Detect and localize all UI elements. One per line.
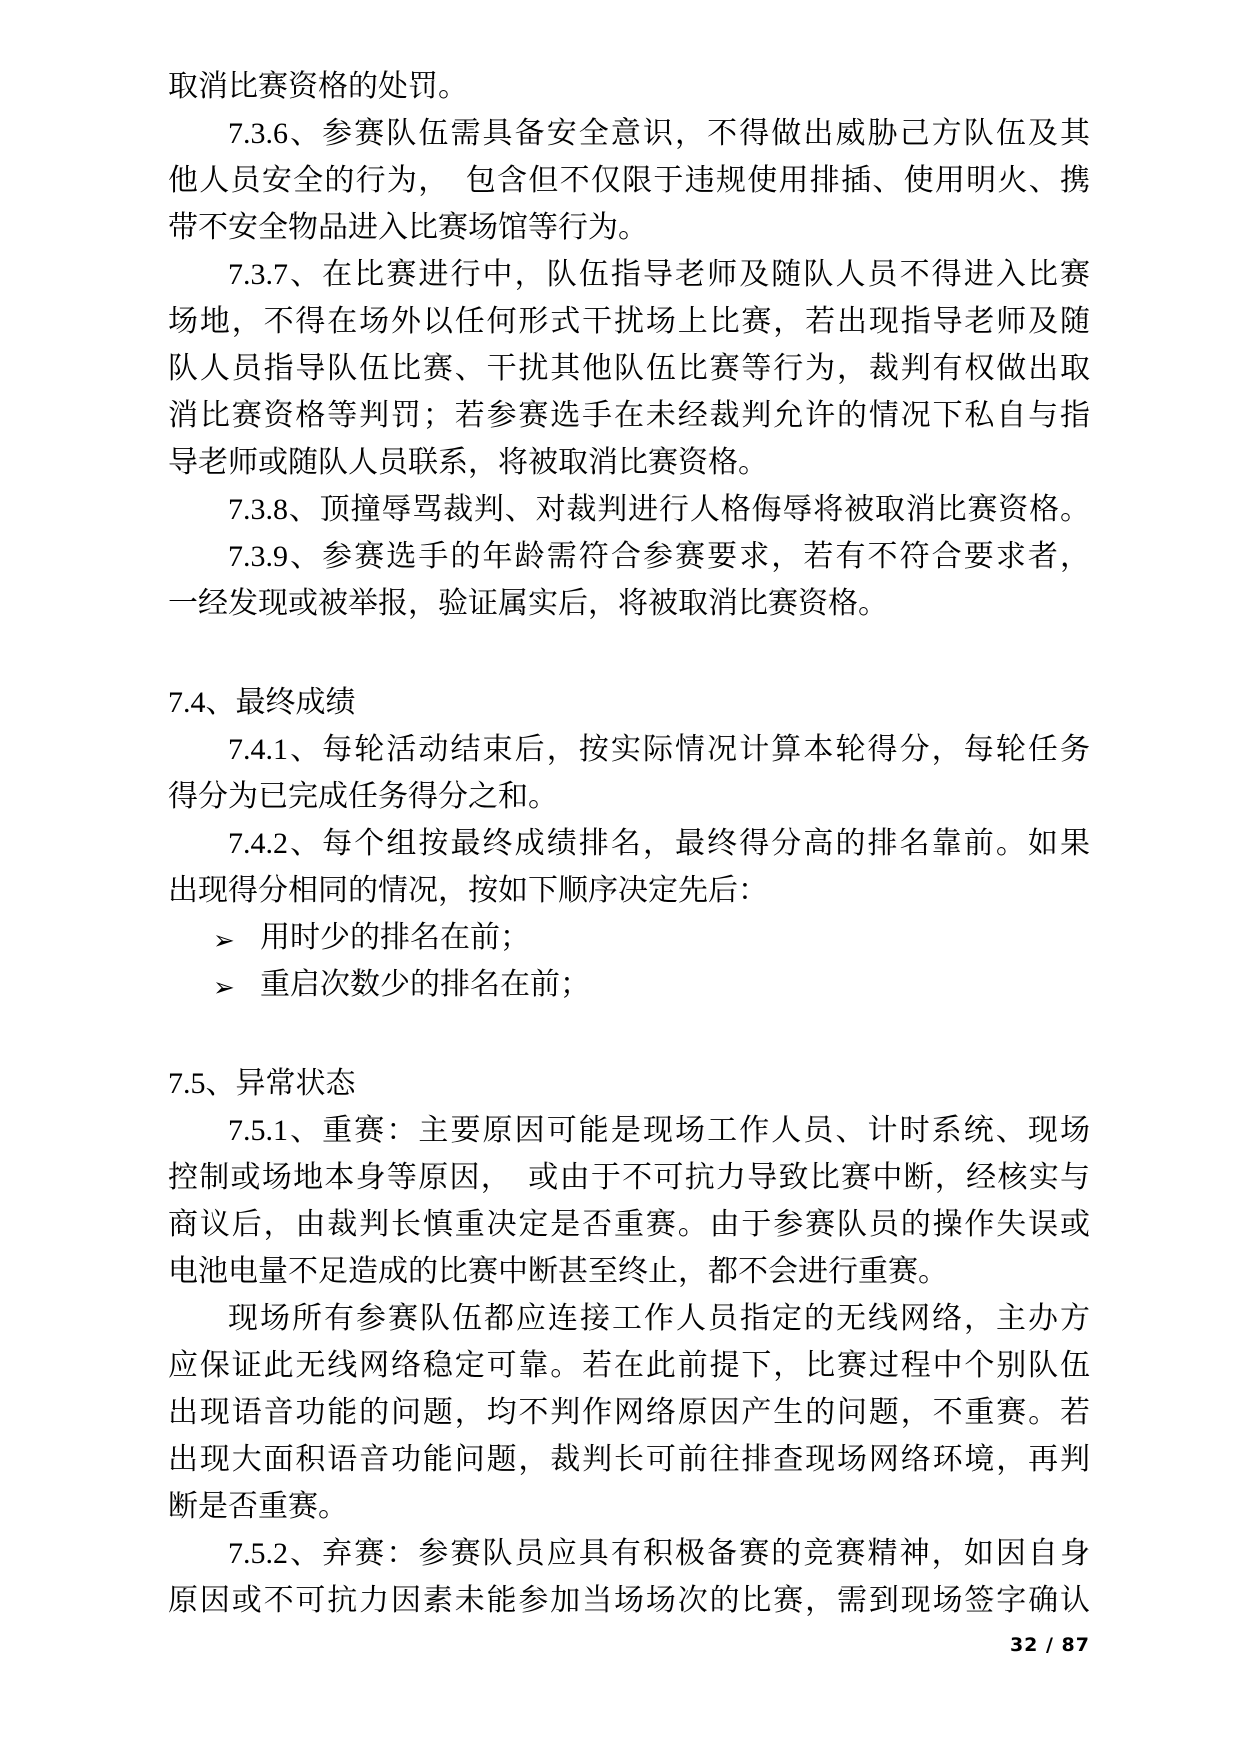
text-line: 7.5.2、弃赛：参赛队员应具有积极备赛的竞赛精神，如因自身 bbox=[168, 1530, 1090, 1577]
text-line: 取消比赛资格的处罚。 bbox=[168, 63, 1090, 110]
text-line: 带不安全物品进入比赛场馆等行为。 bbox=[168, 204, 1090, 251]
page-number: 32 / 87 bbox=[1010, 1634, 1090, 1656]
text-line: 商议后，由裁判长慎重决定是否重赛。由于参赛队员的操作失误或 bbox=[168, 1201, 1090, 1248]
bullet-text: 用时少的排名在前； bbox=[260, 921, 530, 954]
text-line: 7.4.2、每个组按最终成绩排名，最终得分高的排名靠前。如果 bbox=[168, 820, 1090, 867]
text-line: 7.4.1、每轮活动结束后，按实际情况计算本轮得分，每轮任务 bbox=[168, 726, 1090, 773]
text-line: 得分为已完成任务得分之和。 bbox=[168, 773, 1090, 820]
text-line: 场地，不得在场外以任何形式干扰场上比赛，若出现指导老师及随 bbox=[168, 298, 1090, 345]
text-line: 导老师或随队人员联系，将被取消比赛资格。 bbox=[168, 439, 1090, 486]
text-line: 7.3.9、参赛选手的年龄需符合参赛要求，若有不符合要求者， bbox=[168, 533, 1090, 580]
bullet-arrow-icon: ➢ bbox=[213, 965, 260, 1012]
text-line: 7.3.7、在比赛进行中，队伍指导老师及随队人员不得进入比赛 bbox=[168, 251, 1090, 298]
document-page: 取消比赛资格的处罚。7.3.6、参赛队伍需具备安全意识，不得做出威胁己方队伍及其… bbox=[0, 0, 1240, 1756]
bullet-item: ➢用时少的排名在前； bbox=[168, 914, 1090, 961]
text-line: 应保证此无线网络稳定可靠。若在此前提下，比赛过程中个别队伍 bbox=[168, 1342, 1090, 1389]
text-line: 控制或场地本身等原因， 或由于不可抗力导致比赛中断，经核实与 bbox=[168, 1154, 1090, 1201]
text-line: 消比赛资格等判罚；若参赛选手在未经裁判允许的情况下私自与指 bbox=[168, 392, 1090, 439]
text-line: 一经发现或被举报，验证属实后，将被取消比赛资格。 bbox=[168, 580, 1090, 627]
text-line: 7.3.6、参赛队伍需具备安全意识，不得做出威胁己方队伍及其 bbox=[168, 110, 1090, 157]
text-line: 队人员指导队伍比赛、干扰其他队伍比赛等行为，裁判有权做出取 bbox=[168, 345, 1090, 392]
text-line: 电池电量不足造成的比赛中断甚至终止，都不会进行重赛。 bbox=[168, 1248, 1090, 1295]
text-line: 7.5.1、重赛：主要原因可能是现场工作人员、计时系统、现场 bbox=[168, 1107, 1090, 1154]
section-heading: 7.5、异常状态 bbox=[168, 1060, 1090, 1107]
text-line: 断是否重赛。 bbox=[168, 1483, 1090, 1530]
text-line: 他人员安全的行为， 包含但不仅限于违规使用排插、使用明火、携 bbox=[168, 157, 1090, 204]
section-heading: 7.4、最终成绩 bbox=[168, 679, 1090, 726]
text-line: 出现得分相同的情况，按如下顺序决定先后： bbox=[168, 867, 1090, 914]
text-line: 出现语音功能的问题，均不判作网络原因产生的问题，不重赛。若 bbox=[168, 1389, 1090, 1436]
text-block: 取消比赛资格的处罚。7.3.6、参赛队伍需具备安全意识，不得做出威胁己方队伍及其… bbox=[168, 63, 1090, 1624]
bullet-arrow-icon: ➢ bbox=[213, 918, 260, 965]
text-line: 7.3.8、顶撞辱骂裁判、对裁判进行人格侮辱将被取消比赛资格。 bbox=[168, 486, 1090, 533]
text-line: 原因或不可抗力因素未能参加当场场次的比赛，需到现场签字确认 bbox=[168, 1577, 1090, 1624]
text-line: 现场所有参赛队伍都应连接工作人员指定的无线网络，主办方 bbox=[168, 1295, 1090, 1342]
text-line: 出现大面积语音功能问题，裁判长可前往排查现场网络环境，再判 bbox=[168, 1436, 1090, 1483]
bullet-item: ➢重启次数少的排名在前； bbox=[168, 961, 1090, 1008]
bullet-text: 重启次数少的排名在前； bbox=[260, 968, 590, 1001]
